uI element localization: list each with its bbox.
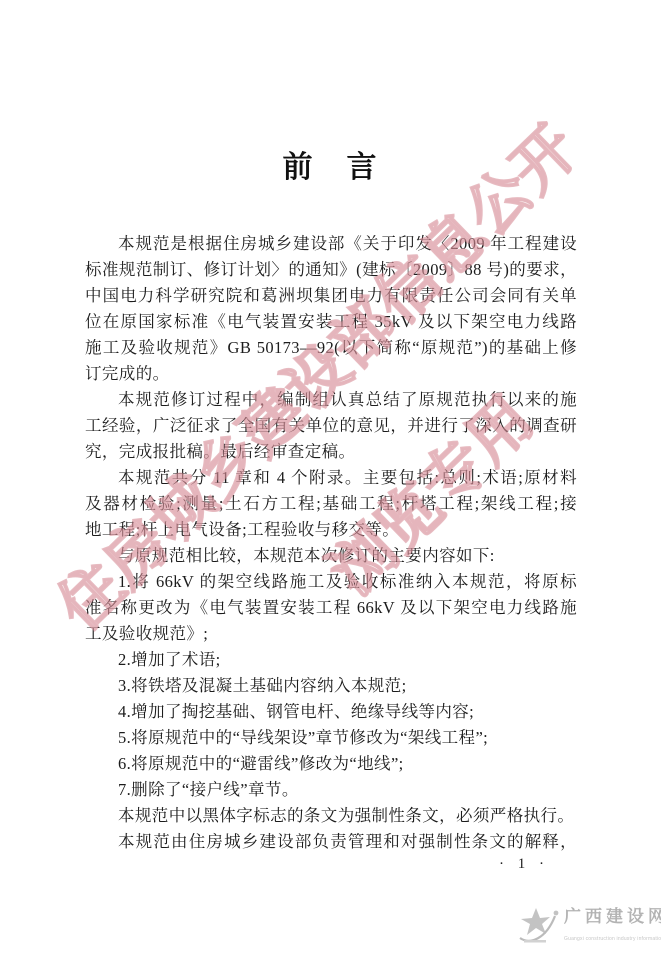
text-line: 施工及验收规范》GB 50173—92(以下简称“原规范”)的基础上修 [85,335,577,361]
text-line: 本规范中以黑体字标志的条文为强制性条文，必须严格执行。 [85,803,577,829]
site-logo: 广西建设网 Guangxi construction industry info… [516,901,661,951]
page-title: 前 言 [0,142,661,186]
text-line: 2.增加了术语; [85,647,577,673]
text-line: 4.增加了掏挖基础、钢管电杆、绝缘导线等内容; [85,699,577,725]
document-page: { "doc": { "title": "前 言", "page_number"… [0,0,661,958]
text-line: 本规范由住房城乡建设部负责管理和对强制性条文的解释， [85,829,577,855]
text-line: 7.删除了“接户线”章节。 [85,777,577,803]
text-line: 准名称更改为《电气装置安装工程 66kV 及以下架空电力线路施 [85,595,577,621]
text-line: 中国电力科学研究院和葛洲坝集团电力有限责任公司会同有关单 [85,283,577,309]
text-line: 订完成的。 [85,361,577,387]
text-line: 本规范是根据住房城乡建设部《关于印发〈2009 年工程建设 [85,231,577,257]
page-number: · 1 · [85,856,577,873]
text-line: 1.将 66kV 的架空线路施工及验收标准纳入本规范，将原标 [85,569,577,595]
text-line: 3.将铁塔及混凝土基础内容纳入本规范; [85,673,577,699]
text-line: 6.将原规范中的“避雷线”修改为“地线”; [85,751,577,777]
text-line: 位在原国家标准《电气装置安装工程 35kV 及以下架空电力线路 [85,309,577,335]
text-line: 本规范共分 11 章和 4 个附录。主要包括:总则;术语;原材料 [85,465,577,491]
preface-body: 本规范是根据住房城乡建设部《关于印发〈2009 年工程建设标准规范制订、修订计划… [85,231,577,855]
logo-site-name: 广西建设网 [564,907,661,926]
text-line: 与原规范相比较，本规范本次修订的主要内容如下: [85,543,577,569]
text-line: 本规范修订过程中，编制组认真总结了原规范执行以来的施 [85,387,577,413]
star-swoosh-icon [516,902,562,950]
logo-tagline: Guangxi construction industry informatio… [564,936,661,942]
text-line: 地工程;杆上电气设备;工程验收与移交等。 [85,517,577,543]
text-line: 5.将原规范中的“导线架设”章节修改为“架线工程”; [85,725,577,751]
text-line: 工经验，广泛征求了全国有关单位的意见，并进行了深入的调查研 [85,413,577,439]
text-line: 标准规范制订、修订计划〉的通知》(建标〔2009〕88 号)的要求，由 [85,257,577,283]
text-line: 究，完成报批稿。最后经审查定稿。 [85,439,577,465]
text-line: 及器材检验;测量;土石方工程;基础工程;杆塔工程;架线工程;接 [85,491,577,517]
text-line: 工及验收规范》; [85,621,577,647]
logo-text-block: 广西建设网 Guangxi construction industry info… [564,908,661,945]
scanned-standard-page: 前 言 本规范是根据住房城乡建设部《关于印发〈2009 年工程建设标准规范制订、… [0,0,661,958]
